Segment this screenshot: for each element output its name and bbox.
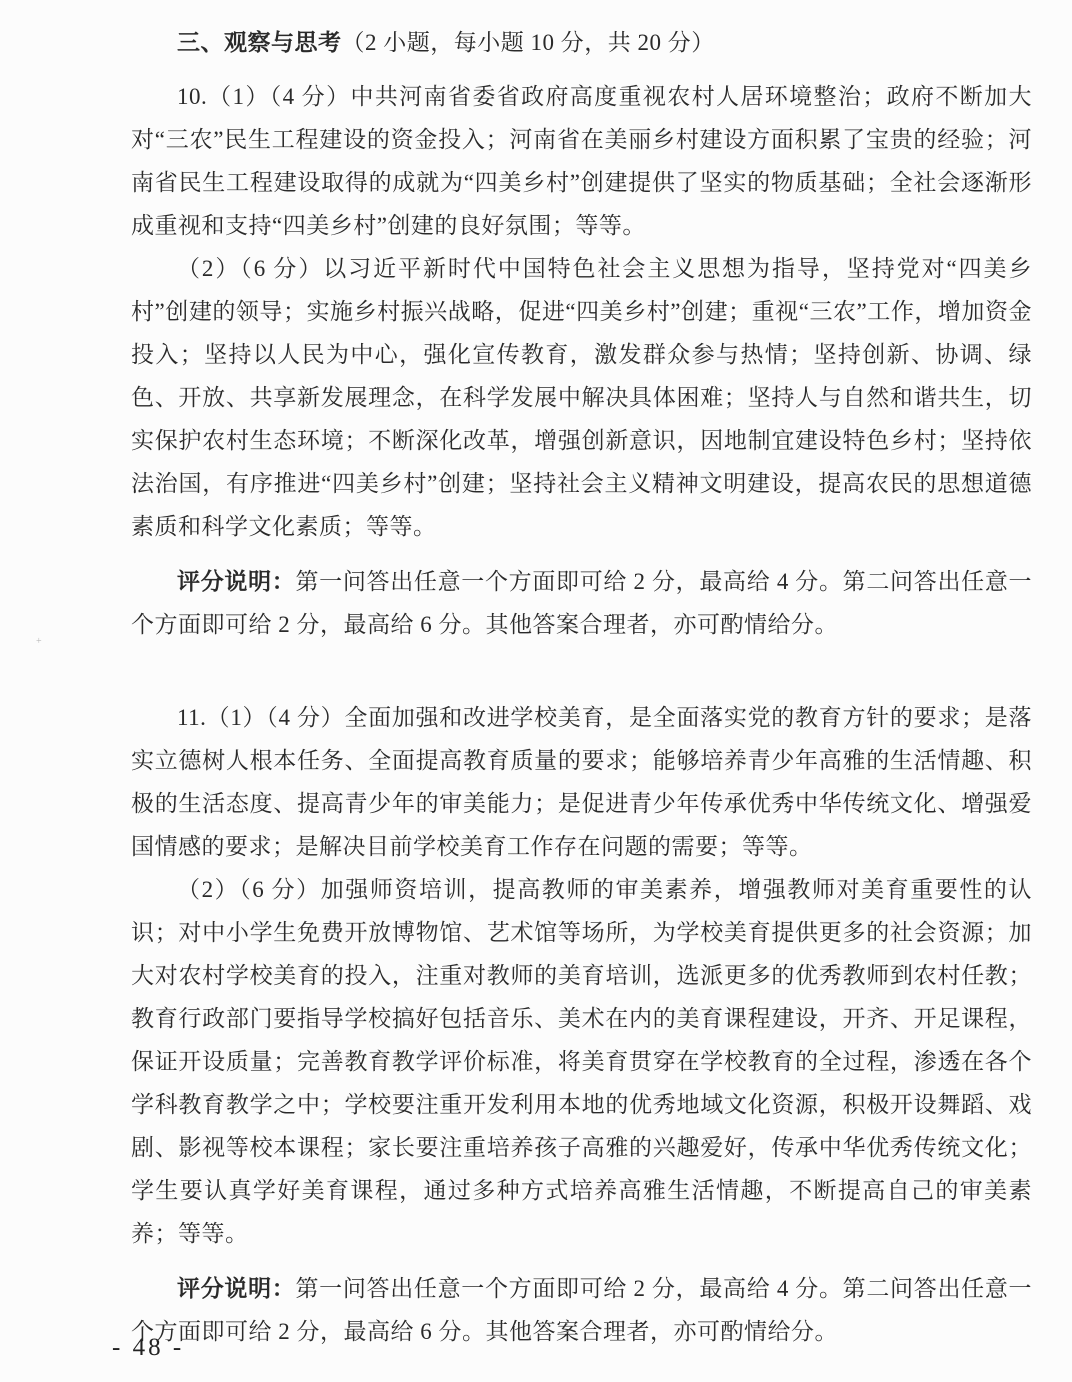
page-number: - 48 -: [112, 1334, 184, 1362]
q10-answer-part1: 10.（1）（4 分）中共河南省委省政府高度重视农村人居环境整治；政府不断加大对…: [131, 75, 1032, 247]
document-page: 三、观察与思考（2 小题，每小题 10 分，共 20 分） 10.（1）（4 分…: [131, 21, 1032, 1353]
section-heading: 三、观察与思考（2 小题，每小题 10 分，共 20 分）: [131, 21, 1032, 64]
q10-answer-part2: （2）（6 分）以习近平新时代中国特色社会主义思想为指导，坚持党对“四美乡村”创…: [131, 247, 1032, 548]
q11-answer-part1: 11.（1）（4 分）全面加强和改进学校美育，是全面落实党的教育方针的要求；是落…: [131, 696, 1032, 868]
q10-scoring-note: 评分说明：第一问答出任意一个方面即可给 2 分，最高给 4 分。第二问答出任意一…: [131, 560, 1032, 646]
section-heading-meta: （2 小题，每小题 10 分，共 20 分）: [342, 30, 715, 55]
q11-scoring-note: 评分说明：第一问答出任意一个方面即可给 2 分，最高给 4 分。第二问答出任意一…: [131, 1267, 1032, 1353]
scan-artifact-speck: +: [36, 639, 41, 644]
q11-scoring-label: 评分说明：: [177, 1276, 295, 1301]
section-heading-title: 三、观察与思考: [177, 30, 342, 55]
q11-answer-part2: （2）（6 分）加强师资培训，提高教师的审美素养，增强教师对美育重要性的认识；对…: [131, 868, 1032, 1255]
q10-scoring-label: 评分说明：: [177, 569, 295, 594]
